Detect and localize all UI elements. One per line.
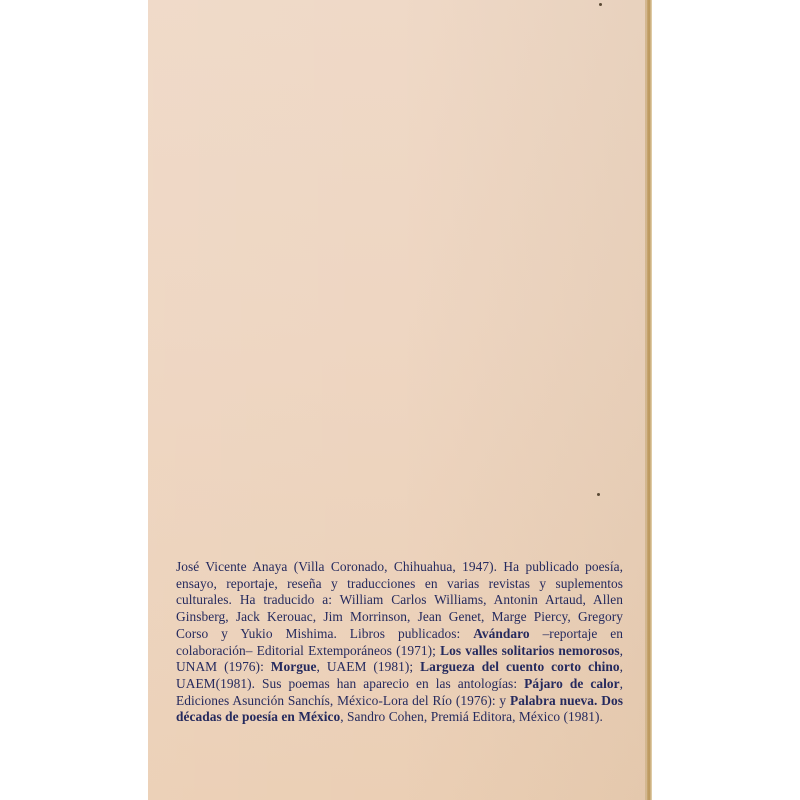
book-title: Morgue [271, 659, 317, 674]
bio-text: , Sandro Cohen, Premiá Editora, México (… [340, 709, 603, 724]
paper-speck [597, 493, 600, 496]
paper-speck [599, 3, 602, 6]
cover-edge [647, 0, 652, 800]
anthology-title: Pájaro de calor [524, 676, 619, 691]
bio-text: , UAEM (1981); [316, 659, 420, 674]
book-title: Los valles solitarios nemorosos [440, 643, 620, 658]
book-title: Avándaro [473, 626, 529, 641]
book-title: Largueza del cuento corto chino [420, 659, 619, 674]
author-bio: José Vicente Anaya (Villa Coronado, Chih… [176, 559, 623, 726]
author-name: José Vicente Anaya [176, 559, 287, 574]
